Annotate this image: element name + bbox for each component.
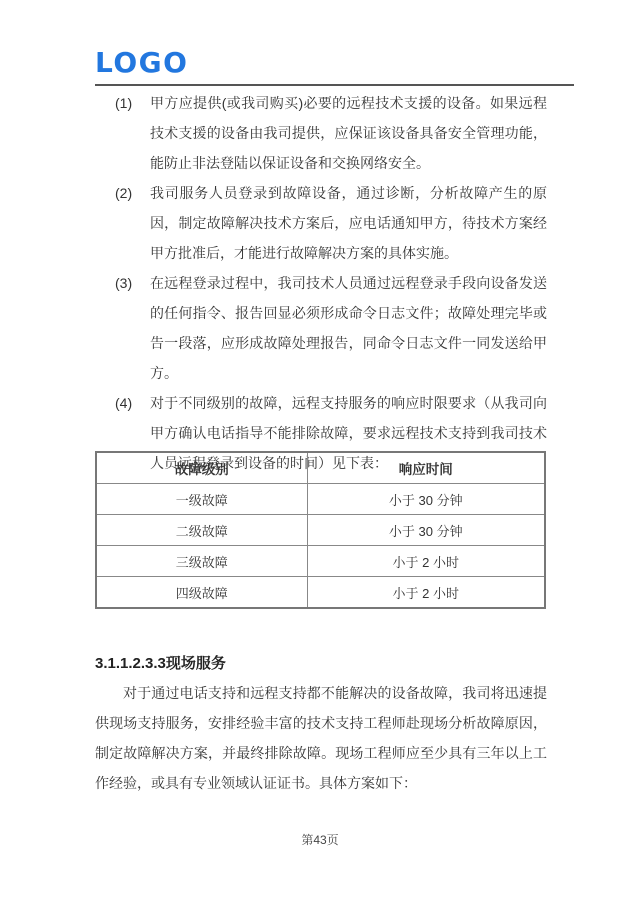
response-time-cell: 小于 30 分钟: [307, 515, 545, 546]
table-header-fault-level: 故障级别: [96, 452, 307, 484]
table-header-response-time: 响应时间: [307, 452, 545, 484]
section-paragraph: 对于通过电话支持和远程支持都不能解决的设备故障，我司将迅速提供现场支持服务，安排…: [95, 678, 547, 798]
list-item-text: 在远程登录过程中，我司技术人员通过远程登录手段向设备发送的任何指令、报告回显必须…: [150, 268, 547, 388]
list-item-number: (3): [95, 268, 150, 388]
list-item: (2) 我司服务人员登录到故障设备，通过诊断，分析故障产生的原因，制定故障解决技…: [95, 178, 547, 268]
table-header-row: 故障级别 响应时间: [96, 452, 545, 484]
document-page: LOGO (1) 甲方应提供(或我司购买)必要的远程技术支援的设备。如果远程技术…: [0, 0, 640, 906]
list-item-text: 甲方应提供(或我司购买)必要的远程技术支援的设备。如果远程技术支援的设备由我司提…: [150, 88, 547, 178]
header-divider: [95, 84, 574, 86]
page-number: 第43页: [0, 831, 640, 848]
response-time-table: 故障级别 响应时间 一级故障 小于 30 分钟 二级故障 小于 30 分钟 三级…: [95, 451, 546, 609]
table-row: 四级故障 小于 2 小时: [96, 577, 545, 609]
list-item-number: (2): [95, 178, 150, 268]
table-row: 一级故障 小于 30 分钟: [96, 484, 545, 515]
fault-level-cell: 一级故障: [96, 484, 307, 515]
list-item: (1) 甲方应提供(或我司购买)必要的远程技术支援的设备。如果远程技术支援的设备…: [95, 88, 547, 178]
fault-level-cell: 三级故障: [96, 546, 307, 577]
list-item-number: (1): [95, 88, 150, 178]
response-time-cell: 小于 30 分钟: [307, 484, 545, 515]
fault-level-cell: 四级故障: [96, 577, 307, 609]
table-row: 二级故障 小于 30 分钟: [96, 515, 545, 546]
numbered-list: (1) 甲方应提供(或我司购买)必要的远程技术支援的设备。如果远程技术支援的设备…: [95, 88, 547, 478]
list-item-text: 我司服务人员登录到故障设备，通过诊断，分析故障产生的原因，制定故障解决技术方案后…: [150, 178, 547, 268]
response-time-cell: 小于 2 小时: [307, 546, 545, 577]
fault-level-cell: 二级故障: [96, 515, 307, 546]
company-logo: LOGO: [95, 46, 188, 79]
response-time-cell: 小于 2 小时: [307, 577, 545, 609]
section-heading: 3.1.1.2.3.3现场服务: [95, 652, 226, 673]
table-row: 三级故障 小于 2 小时: [96, 546, 545, 577]
list-item: (3) 在远程登录过程中，我司技术人员通过远程登录手段向设备发送的任何指令、报告…: [95, 268, 547, 388]
